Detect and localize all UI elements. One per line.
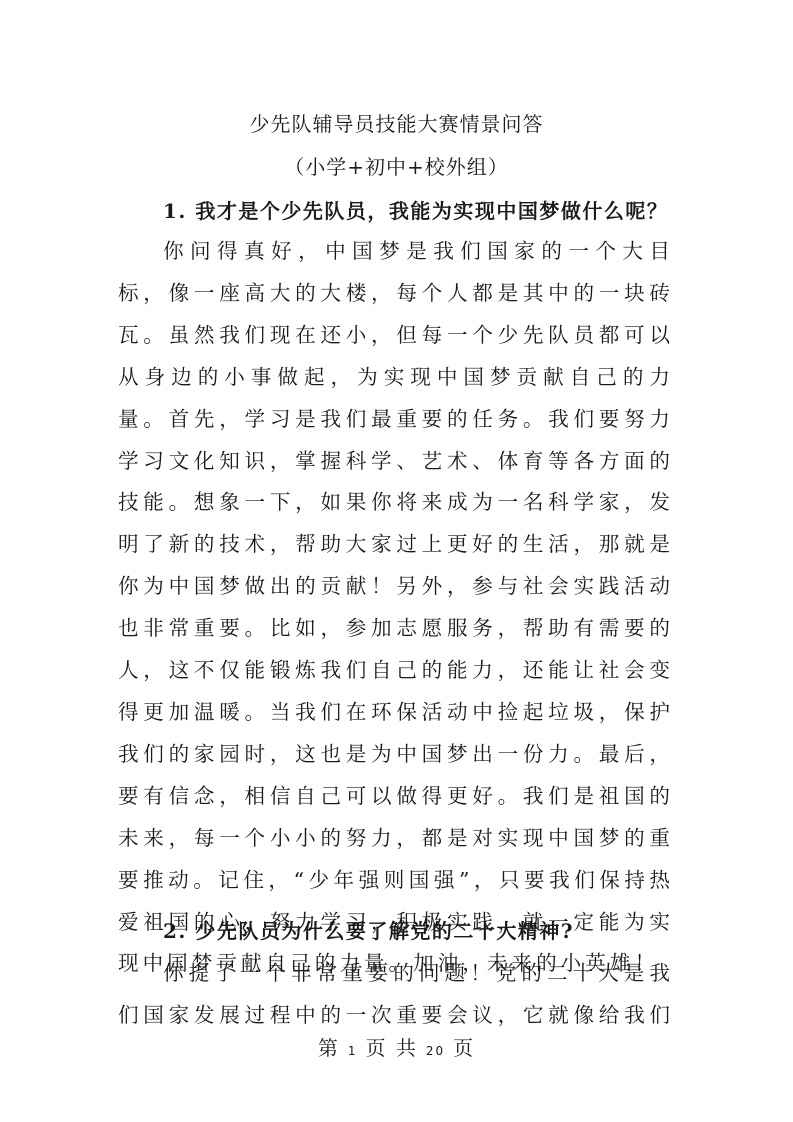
question-1-heading: 1. 我才是个少先队员，我能为实现中国梦做什么呢？ — [163, 197, 668, 225]
footer-middle: 页 共 — [366, 1036, 418, 1060]
footer-suffix: 页 — [453, 1036, 475, 1060]
document-subtitle: （小学+初中+校外组） — [0, 153, 793, 181]
document-page: 少先队辅导员技能大赛情景问答 （小学+初中+校外组） 1. 我才是个少先队员，我… — [0, 0, 793, 1122]
footer-prefix: 第 — [318, 1036, 340, 1060]
question-2-heading: 2. 少先队员为什么要了解党的二十大精神? — [163, 917, 574, 945]
answer-2-paragraph: 你提了一个非常重要的问题！党的二十大是我们国家发展过程中的一次重要会议，它就像给… — [118, 953, 674, 1037]
answer-1-paragraph: 你问得真好，中国梦是我们国家的一个大目标，像一座高大的大楼，每个人都是其中的一块… — [118, 231, 674, 985]
total-pages-number: 20 — [426, 1044, 445, 1058]
page-footer: 第1页 共20页 — [0, 1035, 793, 1064]
document-title: 少先队辅导员技能大赛情景问答 — [0, 110, 793, 138]
current-page-number: 1 — [348, 1044, 358, 1058]
